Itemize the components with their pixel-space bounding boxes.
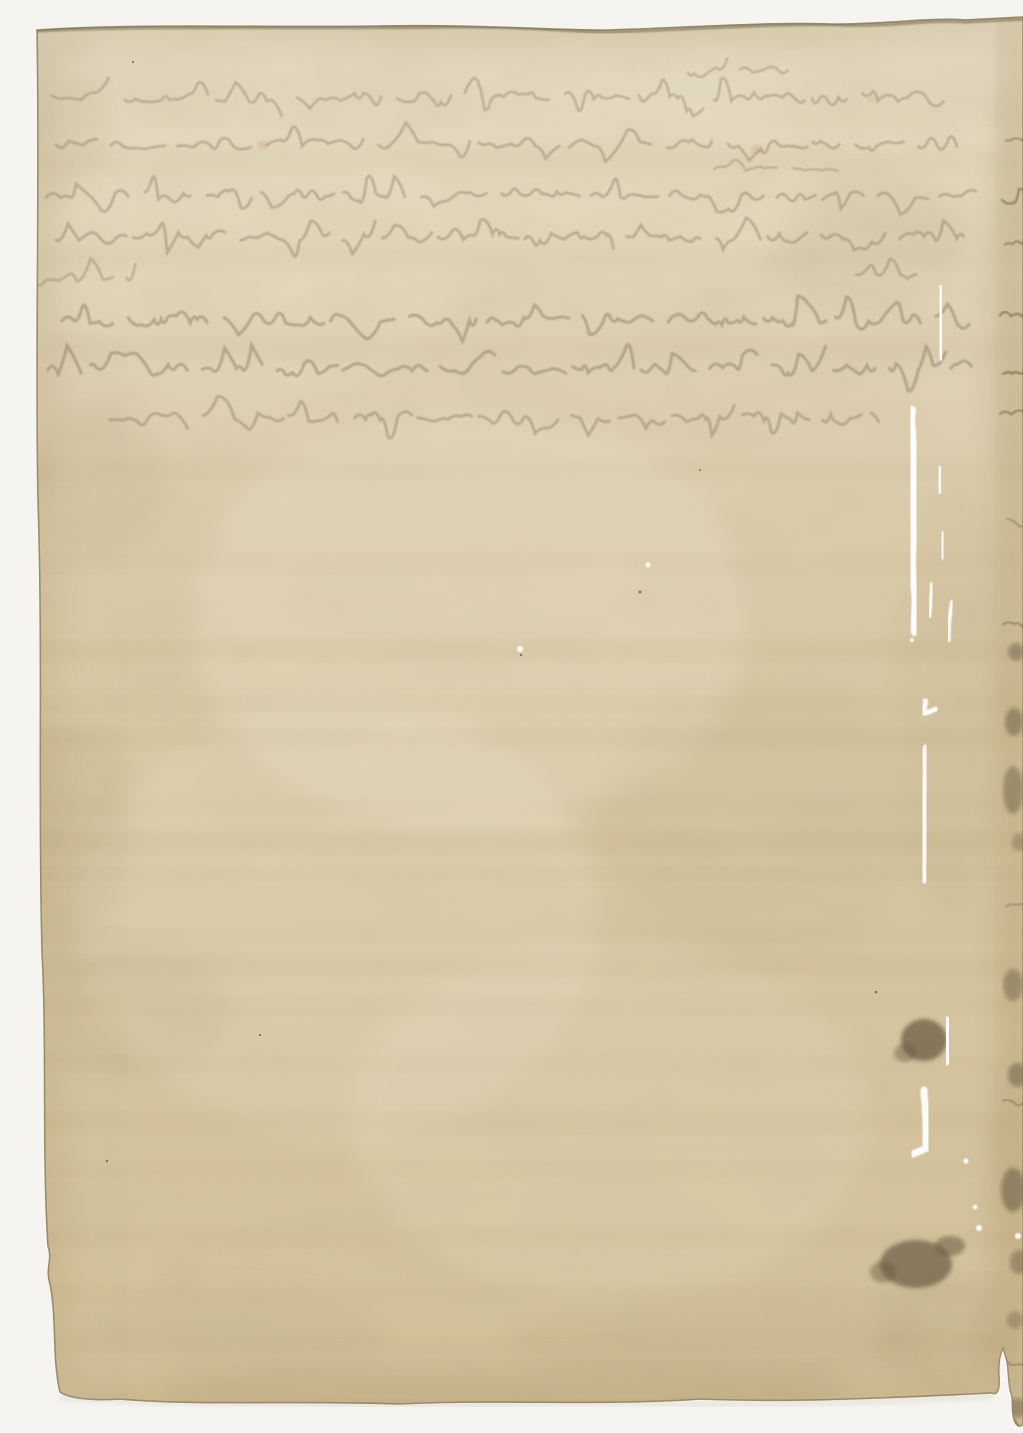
manuscript-page-svg [0, 0, 1023, 1433]
manuscript-scan: Scanned manuscript leaf — blank verso of… [0, 0, 1023, 1433]
